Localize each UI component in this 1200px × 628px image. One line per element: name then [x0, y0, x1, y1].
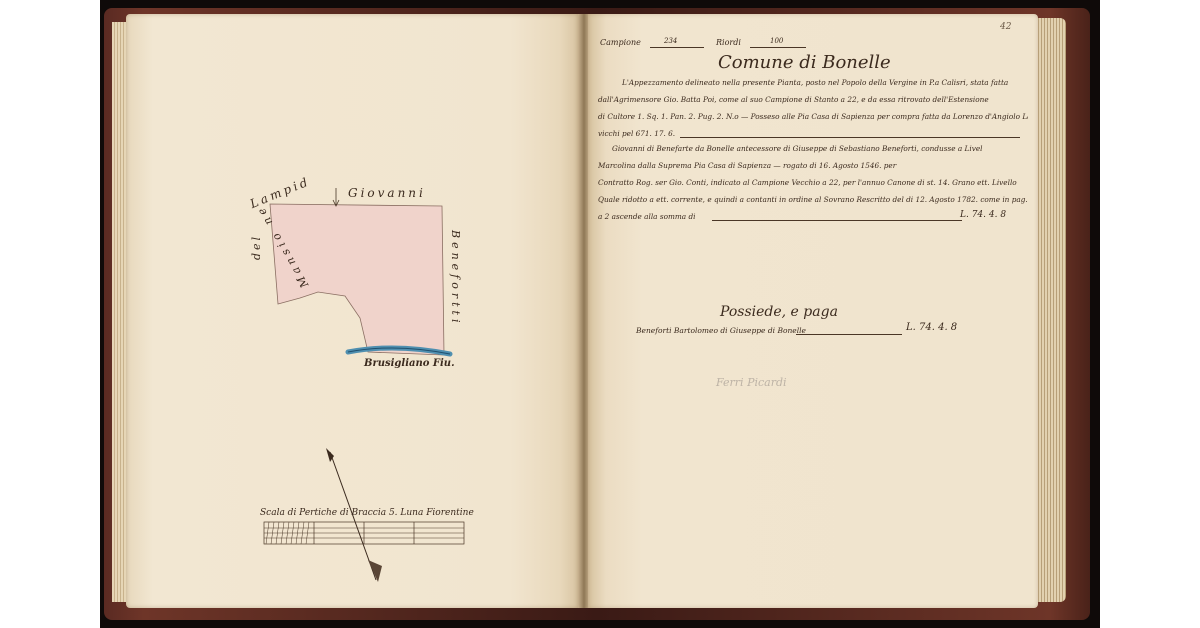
- text-line: di Cultore 1. Sq. 1. Pan. 2. Pug. 2. N.o…: [598, 112, 1028, 121]
- fill-rule: [796, 334, 902, 335]
- fill-rule: [680, 137, 1020, 138]
- fill-rule: [712, 220, 962, 221]
- neighbor-right-label: Benefortti: [449, 230, 462, 327]
- text-line: Quale ridotto a ett. corrente, e quindi …: [598, 195, 1028, 204]
- text-line: a 2 ascende alla somma di: [598, 212, 708, 221]
- possiede-heading: Possiede, e paga: [720, 304, 838, 320]
- header-rule: [650, 47, 704, 48]
- scale-label: Scala di Pertiche di Braccia 5. Luna Fio…: [260, 508, 474, 518]
- text-line: Contratto Rog. ser Gio. Conti, indicato …: [598, 178, 1028, 187]
- text-line: Giovanni di Benefarte da Bonelle anteces…: [598, 144, 1028, 153]
- campione-value: 234: [664, 37, 677, 45]
- riordi-value: 100: [770, 37, 783, 45]
- text-line: dall'Agrimensore Gio. Batta Poi, come al…: [598, 95, 1028, 104]
- text-line: vicchi pel 671. 17. 6.: [598, 129, 678, 138]
- text-line: Marcolina dalla Suprema Pia Casa di Sapi…: [598, 161, 1028, 170]
- river-label: Brusigliano Fiu.: [364, 358, 455, 369]
- riordi-label: Riordi: [716, 38, 741, 47]
- pencil-note: Ferri Picardi: [716, 376, 787, 389]
- text-line: L'Appezzamento delineato nella presente …: [598, 78, 1028, 87]
- scale-bar: [264, 522, 464, 544]
- owner-amount: L. 74. 4. 8: [906, 322, 957, 333]
- neighbor-left-label: del: [250, 234, 263, 260]
- total-amount: L. 74. 4. 8: [960, 210, 1006, 220]
- campione-label: Campione: [600, 38, 641, 47]
- north-arrow-fletching: [368, 560, 382, 582]
- owner-name: Beneforti Bartolomeo di Giuseppe di Bone…: [636, 326, 806, 335]
- page-number: 42: [1000, 22, 1011, 32]
- neighbor-top-label: Giovanni: [348, 186, 426, 200]
- page-title: Comune di Bonelle: [718, 52, 891, 73]
- header-rule: [750, 47, 806, 48]
